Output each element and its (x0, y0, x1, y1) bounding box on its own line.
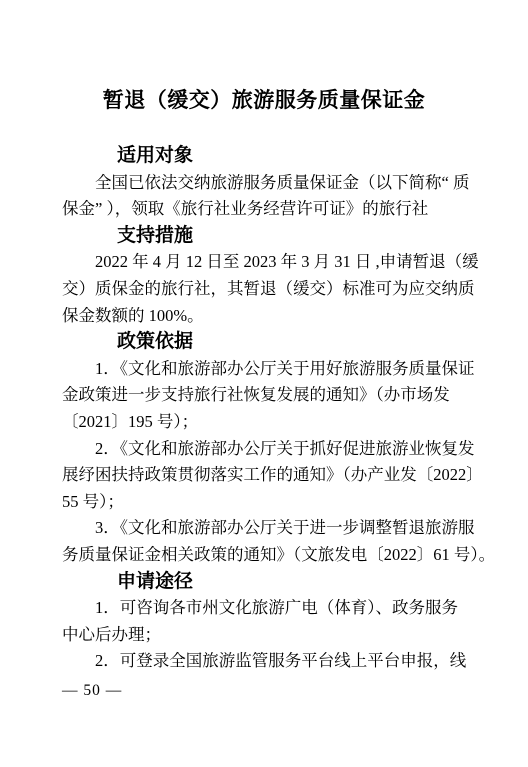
body-line: 务质量保证金相关政策的通知》（文旅发电〔2022〕61 号）。 (62, 542, 468, 569)
body-line: 55 号）； (62, 489, 468, 516)
document-body: 适用对象 全国已依法交纳旅游服务质量保证金（以下简称“ 质 保金” ），领取《旅… (62, 143, 468, 675)
section-heading-support-measures: 支持措施 (62, 223, 468, 250)
body-line: 2022 年 4 月 12 日至 2023 年 3 月 31 日 ,申请暂退（缓 (62, 249, 468, 276)
body-line: 全国已依法交纳旅游服务质量保证金（以下简称“ 质 (62, 170, 468, 197)
body-line: 1．《文化和旅游部办公厅关于用好旅游服务质量保证 (62, 356, 468, 383)
page-number: — 50 — (62, 682, 122, 700)
body-line: 中心后办理； (62, 622, 468, 649)
document-page: 暂退（缓交）旅游服务质量保证金 适用对象 全国已依法交纳旅游服务质量保证金（以下… (0, 0, 528, 767)
document-title: 暂退（缓交）旅游服务质量保证金 (0, 84, 528, 114)
section-heading-applicable-targets: 适用对象 (62, 143, 468, 170)
section-heading-application-channels: 申请途径 (62, 569, 468, 596)
body-line: 展纾困扶持政策贯彻落实工作的通知》（办产业发〔2022〕 (62, 462, 468, 489)
body-line: 1．可咨询各市州文化旅游广电（体育）、政务服务 (62, 595, 468, 622)
body-line: 交）质保金的旅行社，其暂退（缓交）标准可为应交纳质 (62, 276, 468, 303)
body-line: 2．《文化和旅游部办公厅关于抓好促进旅游业恢复发 (62, 436, 468, 463)
body-line: 金政策进一步支持旅行社恢复发展的通知》（办市场发 (62, 382, 468, 409)
body-line: 3．《文化和旅游部办公厅关于进一步调整暂退旅游服 (62, 515, 468, 542)
body-line: 保金数额的 100%。 (62, 303, 468, 330)
body-line: 保金” ），领取《旅行社业务经营许可证》的旅行社 (62, 196, 468, 223)
section-heading-policy-basis: 政策依据 (62, 329, 468, 356)
body-line: 2．可登录全国旅游监管服务平台线上平台申报，线 (62, 648, 468, 675)
body-line: 〔2021〕195 号）； (62, 409, 468, 436)
